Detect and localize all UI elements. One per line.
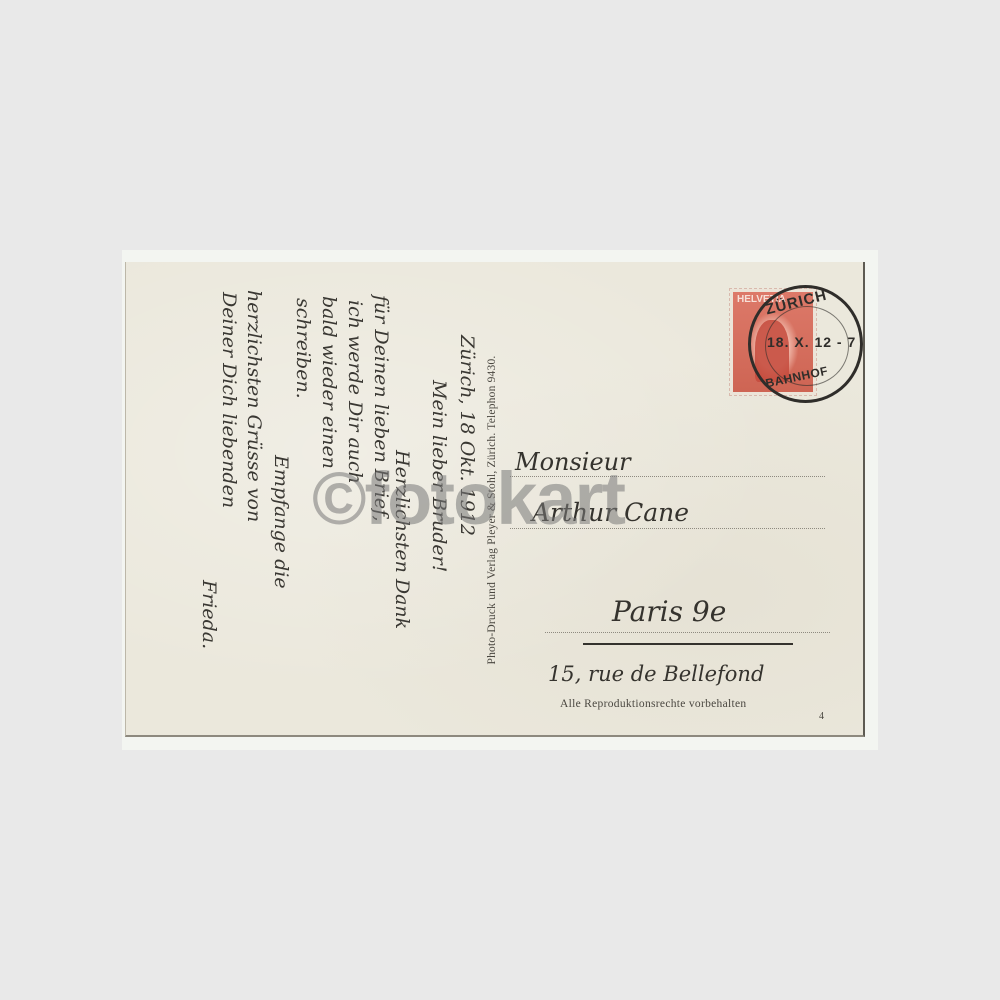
message-signature: Frieda. <box>198 580 220 649</box>
address-city: Paris 9e <box>612 595 726 628</box>
address-line-3 <box>545 632 830 633</box>
message-line: schreiben. <box>292 298 314 399</box>
address-street: 15, rue de Bellefond <box>548 662 764 686</box>
postmark: ZÜRICH 18. X. 12 - 7 BAHNHOF <box>748 285 863 403</box>
watermark: ©fotokart <box>312 462 624 536</box>
rights-notice: Alle Reproduktionsrechte vorbehalten <box>560 698 746 710</box>
postmark-date: 18. X. 12 - 7 <box>767 334 856 350</box>
message-line: Deiner Dich liebenden <box>218 292 240 508</box>
message-line: herzlichsten Grüsse von <box>243 290 265 522</box>
message-line: bald wieder einen <box>318 296 340 469</box>
card-number: 4 <box>819 711 824 722</box>
message-line: Empfange die <box>270 455 292 589</box>
city-underline <box>583 643 793 645</box>
